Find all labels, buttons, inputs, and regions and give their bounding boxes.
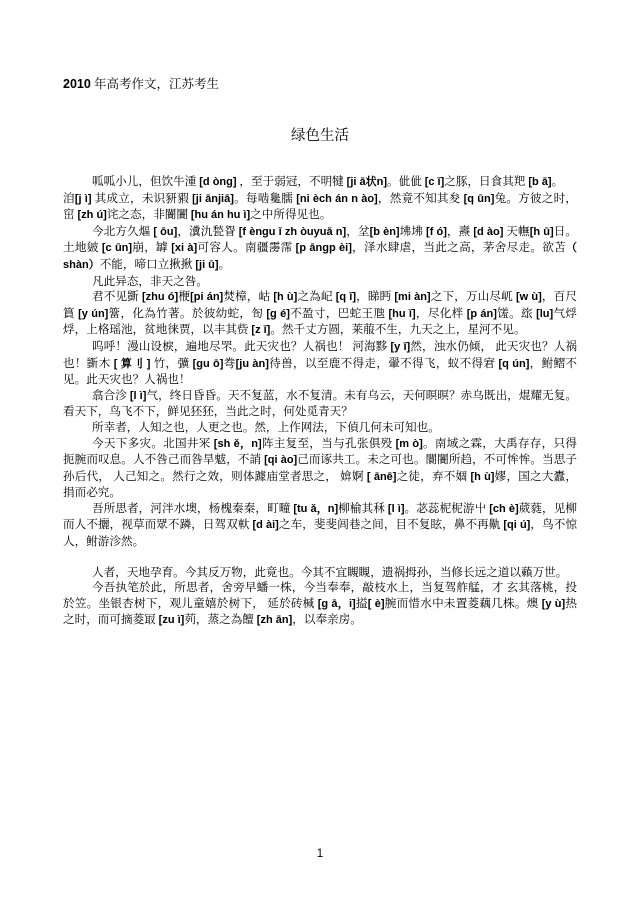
- pinyin-annotation: [b ā]: [528, 176, 551, 188]
- pinyin-annotation: [hu ǐ]: [388, 308, 415, 320]
- pinyin-annotation: [zhu ó]: [142, 291, 178, 303]
- pinyin-annotation: [zu ì]: [159, 614, 185, 626]
- essay-paragraph: 洎[j ì] 其成立，未识豜豭 [ji ānjiā]。每啮毚臑 [ni èch …: [63, 191, 577, 224]
- pinyin-annotation: [l ì]: [388, 503, 405, 515]
- pinyin-annotation: [ju àn]: [236, 358, 269, 370]
- document-header: 2010 年高考作文，江苏考生: [63, 74, 219, 92]
- pinyin-annotation: [ch è]: [489, 503, 518, 515]
- pinyin-annotation: [ ōu]: [153, 226, 177, 238]
- pinyin-annotation: [d òng]: [199, 176, 236, 188]
- page-number: 1: [0, 848, 640, 860]
- pinyin-annotation: [ni èch án n ào]: [296, 193, 378, 205]
- pinyin-annotation: [p āngp èi]: [296, 242, 352, 254]
- pinyin-annotation: [q ún]: [499, 358, 530, 370]
- pinyin-annotation: [pi án]: [190, 291, 223, 303]
- pinyin-annotation: [qi ú]: [503, 519, 530, 531]
- essay-paragraph: 所幸者，人知之也，人更之也。然，上作网法，下偵几何未可知也。: [63, 420, 577, 436]
- pinyin-annotation: [gu ō]: [193, 358, 224, 370]
- pinyin-annotation: [y ún]: [78, 308, 108, 320]
- pinyin-annotation: [mi àn]: [394, 291, 430, 303]
- essay-body: 呱呱小儿，但饮牛湩 [d òng] ，至于弱冠，不明犍 [ji ā状n]。佌佌 …: [63, 174, 577, 629]
- pinyin-annotation: [d ào]: [473, 226, 503, 238]
- pinyin-annotation: [y ù]: [542, 598, 565, 610]
- pinyin-annotation: [zh ān]: [257, 614, 292, 626]
- pinyin-annotation: [ ānē]: [367, 471, 397, 483]
- pinyin-annotation: [g é]: [266, 308, 290, 320]
- pinyin-annotation: [sh ě，n]: [214, 438, 262, 450]
- pinyin-annotation: [y ī]: [391, 341, 411, 353]
- essay-paragraph: 翕合沴 [l ì]气，终日昏昏。天不复蓝，水不复清。未有乌云，天何暝暝？赤乌既出…: [63, 388, 577, 420]
- pinyin-annotation: [w ù]: [516, 291, 542, 303]
- document-page: 2010 年高考作文，江苏考生 绿色生活 呱呱小儿，但饮牛湩 [d òng] ，…: [0, 0, 640, 906]
- pinyin-annotation: [ji ānjiā]: [192, 193, 234, 205]
- essay-paragraph: 呜呼！漫山设棙，遍地尽罘。此天灾也？人祸也！ 河海黟 [y ī]然，浊水仍倾， …: [63, 339, 577, 388]
- essay-paragraph: 君不见斵 [zhu ó]楩[pi án]焚樟，岵 [h ù]之為屺 [q ǐ]，…: [63, 289, 577, 339]
- essay-paragraph: 凡此异态，非天之咎。: [63, 274, 577, 290]
- pinyin-annotation: [q ǐ]: [336, 291, 356, 303]
- pinyin-annotation: [h ù]: [273, 291, 297, 303]
- pinyin-annotation: [h ū]: [530, 226, 554, 238]
- pinyin-annotation: [d ài]: [253, 519, 279, 531]
- pinyin-annotation: [zh ú]: [78, 209, 107, 221]
- pinyin-annotation: [ji ā状n]: [347, 176, 387, 188]
- essay-paragraph: 今北方久熰 [ ōu]，瀵氿甃眢 [f èngu ǐ zh òuyuā n]，坌…: [63, 224, 577, 274]
- pinyin-annotation: [ è]: [368, 598, 385, 610]
- pinyin-annotation: [h ù]: [470, 471, 494, 483]
- pinyin-annotation: [b èn]: [370, 226, 400, 238]
- essay-paragraph: 今吾执笔於此，所思者，舍旁早蟠一株，今当奉奉，敲枝水上，当复驾舴艋，才 玄其落桃…: [63, 580, 577, 629]
- pinyin-annotation: [c ǐ]: [425, 176, 445, 188]
- pinyin-annotation: [j ì]: [75, 193, 92, 205]
- pinyin-annotation: [m ò]: [396, 438, 423, 450]
- pinyin-annotation: [g ā，i]: [318, 598, 356, 610]
- pinyin-annotation: [f èngu ǐ zh òuyuā n]: [239, 226, 346, 238]
- header-text: 年高考作文，江苏考生: [91, 77, 219, 91]
- pinyin-annotation: [z ī]: [251, 324, 270, 336]
- header-year: 2010: [63, 77, 91, 91]
- pinyin-annotation: [hu án hu ì]: [191, 209, 250, 221]
- pinyin-annotation: [xi à]: [171, 242, 197, 254]
- essay-paragraph: 吾所思者，河泮水墺，杨槐秦秦，町疃 [tu ǎ，n]柳榆其秝 [l ì]。苾蕊柅…: [63, 501, 577, 550]
- pinyin-annotation: [c ūn]: [102, 242, 132, 254]
- pinyin-annotation: [qi ào]: [264, 454, 297, 466]
- essay-title: 绿色生活: [0, 124, 640, 145]
- essay-paragraph: 呱呱小儿，但饮牛湩 [d òng] ，至于弱冠，不明犍 [ji ā状n]。佌佌 …: [63, 174, 577, 191]
- pinyin-annotation: [ 算刂 ]: [114, 358, 151, 370]
- pinyin-annotation: [ji ū]: [195, 259, 218, 271]
- pinyin-annotation: [q ūn]: [464, 193, 495, 205]
- pinyin-annotation: [lu]: [536, 308, 553, 320]
- essay-paragraph: 今天下多灾。北国井冞 [sh ě，n]阵主复至，当与孔张俱殁 [m ò]。南域之…: [63, 436, 577, 501]
- essay-paragraph: 人者，天地孕育。今其反万物，此竟也。今其不宜瞡瞡，遗祸拇孙，当修长远之道以藾万世…: [63, 565, 577, 581]
- pinyin-annotation: [tu ǎ，n]: [293, 503, 338, 515]
- pinyin-annotation: [l ì]: [130, 390, 147, 402]
- pinyin-annotation: [f ó]: [426, 226, 447, 238]
- pinyin-annotation: [p án]: [467, 308, 497, 320]
